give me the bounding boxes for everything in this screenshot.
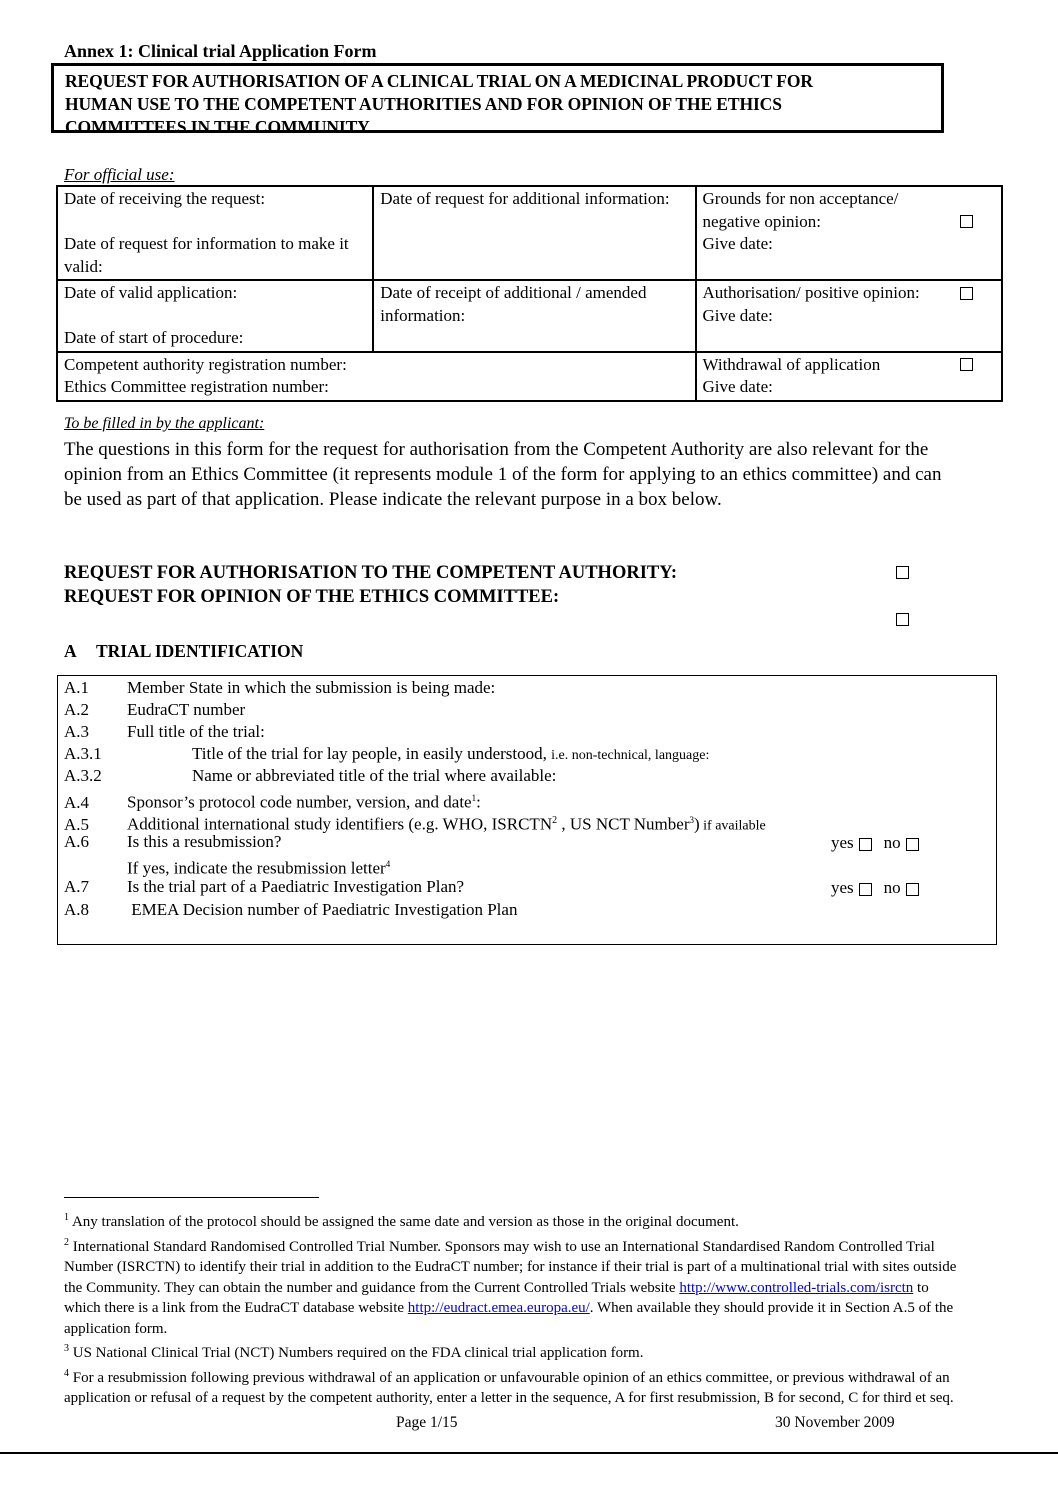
footnote-separator	[64, 1197, 319, 1198]
annex-title: Annex 1: Clinical trial Application Form	[64, 40, 377, 62]
a6-yes-no: yesno	[831, 833, 931, 853]
request-ec-checkbox[interactable]	[896, 613, 909, 626]
footnote-4: 4 For a resubmission following previous …	[64, 1364, 964, 1409]
form-title-line: COMMITTEES IN THE COMMUNITY	[65, 116, 941, 139]
applicant-intro: The questions in this form for the reque…	[64, 437, 964, 512]
a6-yes-checkbox[interactable]	[859, 838, 872, 851]
item-a1[interactable]: A.1Member State in which the submission …	[64, 677, 495, 699]
item-a3[interactable]: A.3Full title of the trial:	[64, 721, 265, 743]
cell-date-receipt-additional[interactable]: Date of receipt of additional / amended …	[373, 280, 695, 352]
cell-date-request-additional[interactable]: Date of request for additional informati…	[373, 186, 695, 280]
section-a-heading: ATRIAL IDENTIFICATION	[64, 641, 303, 662]
footnote-3: 3 US National Clinical Trial (NCT) Numbe…	[64, 1339, 964, 1364]
cell-grounds-non-acceptance: Grounds for non acceptance/ negative opi…	[696, 186, 1003, 280]
withdrawal-checkbox[interactable]	[960, 358, 973, 371]
page-bottom-rule	[0, 1452, 1058, 1454]
isrctn-link[interactable]: http://www.controlled-trials.com/isrctn	[679, 1280, 913, 1296]
eudract-link[interactable]: http://eudract.emea.europa.eu/	[408, 1300, 590, 1316]
cell-date-receiving[interactable]: Date of receiving the request: Date of r…	[57, 186, 373, 280]
cell-registration-numbers[interactable]: Competent authority registration number:…	[57, 352, 696, 401]
applicant-label: To be filled in by the applicant:	[64, 415, 264, 433]
cell-date-valid-application[interactable]: Date of valid application: Date of start…	[57, 280, 373, 352]
a7-no-checkbox[interactable]	[906, 883, 919, 896]
a7-yes-checkbox[interactable]	[859, 883, 872, 896]
form-title-line: REQUEST FOR AUTHORISATION OF A CLINICAL …	[65, 70, 941, 93]
footnote-2: 2 International Standard Randomised Cont…	[64, 1233, 964, 1340]
item-a7[interactable]: A.7Is the trial part of a Paediatric Inv…	[64, 876, 464, 898]
a6-no-checkbox[interactable]	[906, 838, 919, 851]
item-a8[interactable]: A.8 EMEA Decision number of Paediatric I…	[64, 899, 517, 921]
footnote-1: 1 Any translation of the protocol should…	[64, 1208, 964, 1233]
official-use-label: For official use:	[64, 165, 174, 185]
item-a2[interactable]: A.2EudraCT number	[64, 699, 245, 721]
footnotes: 1 Any translation of the protocol should…	[64, 1208, 964, 1409]
form-title-box: REQUEST FOR AUTHORISATION OF A CLINICAL …	[51, 63, 944, 133]
official-use-table: Date of receiving the request: Date of r…	[56, 185, 1003, 402]
request-ethics-committee-label: REQUEST FOR OPINION OF THE ETHICS COMMIT…	[64, 585, 559, 609]
request-competent-authority-label: REQUEST FOR AUTHORISATION TO THE COMPETE…	[64, 561, 677, 585]
item-a6[interactable]: A.6Is this a resubmission?	[64, 831, 281, 853]
request-ca-checkbox[interactable]	[896, 566, 909, 579]
cell-authorisation: Authorisation/ positive opinion: Give da…	[696, 280, 1003, 352]
a7-yes-no: yesno	[831, 878, 931, 898]
form-title-line: HUMAN USE TO THE COMPETENT AUTHORITIES A…	[65, 93, 941, 116]
item-a3-1[interactable]: A.3.1Title of the trial for lay people, …	[64, 743, 709, 767]
item-a3-2[interactable]: A.3.2Name or abbreviated title of the tr…	[64, 765, 556, 787]
authorisation-checkbox[interactable]	[960, 287, 973, 300]
trial-identification-box: A.1Member State in which the submission …	[57, 675, 997, 945]
non-acceptance-checkbox[interactable]	[960, 215, 973, 228]
page-number: Page 1/15	[396, 1414, 458, 1432]
page-date: 30 November 2009	[775, 1414, 895, 1432]
cell-withdrawal: Withdrawal of application Give date:	[696, 352, 1003, 401]
